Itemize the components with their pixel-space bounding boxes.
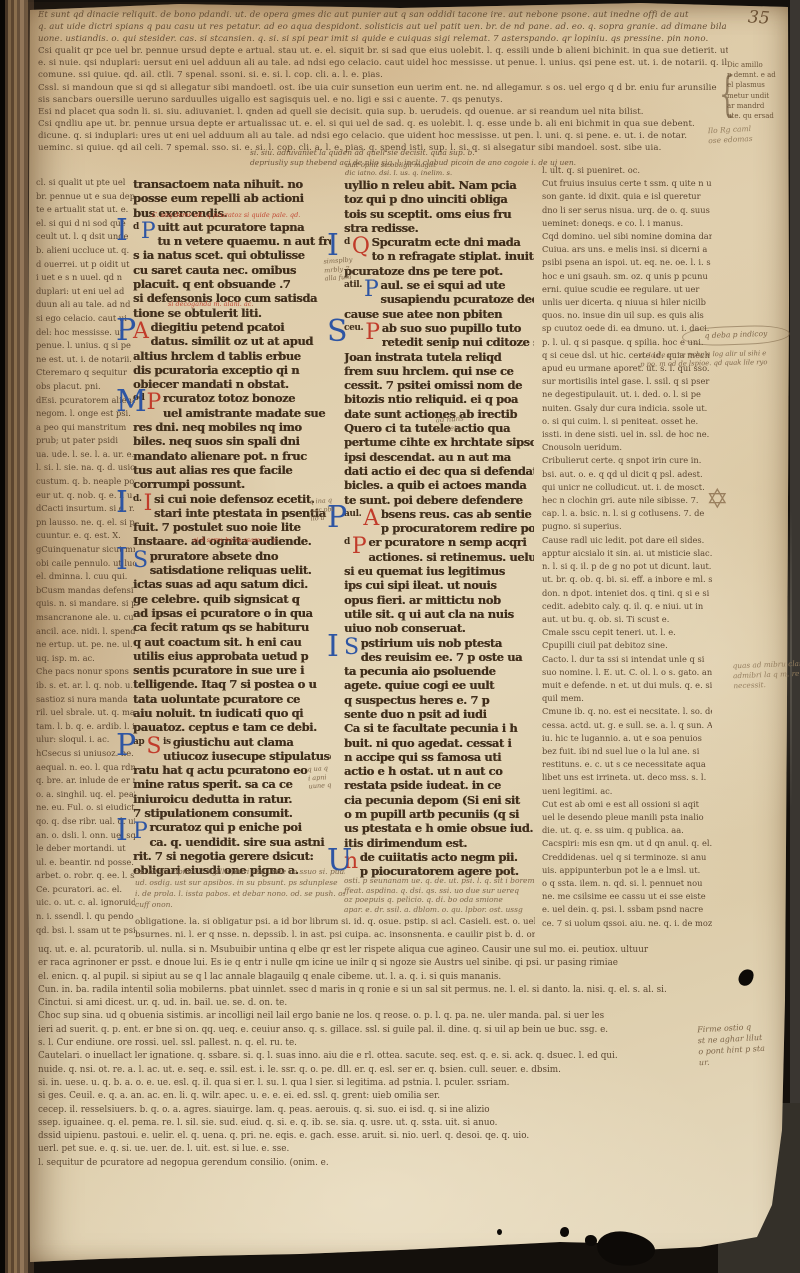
gloss-line: cuuntur. e. q. est. X. <box>36 529 135 543</box>
interlinear-line: ffeat. aspdina. q. dsi. qs. ssi. uo due … <box>344 886 644 896</box>
manuscript-text-line: telligende. Itaq 7 si postea o u <box>133 677 331 691</box>
illuminated-initial: P <box>364 278 378 306</box>
parchment-hole <box>585 1235 597 1246</box>
gloss-line: cl. si qualit ut pte uel <box>36 176 135 190</box>
gloss-line: Cribulierut certe. q snpot irin cure in. <box>542 454 712 467</box>
right-gloss-column: l. ult. q. si pueniret. oc.Cut fruius in… <box>542 164 712 930</box>
manuscript-text-line: ictas suas ad aqu satum dici. <box>133 577 331 591</box>
illuminated-initial: P <box>116 731 136 761</box>
text-paragraph: Unde cuiitatis acto negm pii.p piocurato… <box>344 850 534 879</box>
gloss-line: n. i. ssendl. l. qu pendo <box>36 910 135 924</box>
gloss-line: er raca agrinoner er psst. e dnoue lui. … <box>38 957 688 970</box>
manuscript-text-line: te sunt. poi debere defendere <box>344 493 534 507</box>
gloss-line: q. bre. ar. inlude de er nn. <box>36 774 135 788</box>
illuminated-initial: P <box>365 321 379 349</box>
manuscript-text-line: corrumpi possunt. <box>133 477 331 491</box>
manuscript-text-line: Spcuratm ecte dni mada <box>372 235 534 249</box>
gloss-line: nuiten. Gsaly dur cura indicia. ssole ut… <box>542 402 712 415</box>
gloss-line: bez fuit. ibi nd suel lue o la lul ane. … <box>542 745 712 758</box>
manuscript-text-line: de cuiitatis acto negm pii. <box>360 850 534 864</box>
gloss-line: Cmale sscu cepit teneri. ut. l. e. <box>542 626 712 639</box>
manuscript-text-line: ab suo suo pupillo tuto <box>382 321 534 335</box>
red-rubric: si d scrm ba in ssam. a. e. <box>193 536 278 544</box>
gloss-line: uq. isp. m. ac. <box>36 652 135 666</box>
main-text-column-right: uyllio n releu abit. Nam pciatoz qui p d… <box>344 178 534 879</box>
margin-note-line: Dic amillo <box>727 60 789 70</box>
manuscript-text-line: actio e h ostat. ut n aut co <box>344 764 534 778</box>
manuscript-text-line: datus. similit oz ut at apud <box>151 334 332 348</box>
manuscript-text-line: Joan instrata tutela reliqd <box>344 350 534 364</box>
gloss-line: Csi qndliu ape ut. br. pennue ursua dept… <box>38 118 728 130</box>
gloss-line: issti. in dene sisti. uel in. ssl. de ho… <box>542 428 712 441</box>
note-below-column-left: os. br ibi lapide. 7 sigillo pluri sue. … <box>135 866 345 910</box>
manuscript-text-line: ca. q. uendidit. sire sua astni <box>149 835 331 849</box>
interlinear-line: osti. p seunanam ue. q. de. ut. psi. l. … <box>344 876 644 886</box>
main-text-column-left: transactoem nata nihuit. noposse eum rep… <box>133 177 331 878</box>
manuscript-text-line: p procuratorem redire pot. <box>381 521 534 535</box>
gloss-line: cecep. il. resselsiuers. b. q. o. a. agr… <box>38 1104 688 1117</box>
parchment-hole <box>497 1229 502 1235</box>
gloss-line: arbet. o. robr. q. ee. l. si. <box>36 869 135 883</box>
manuscript-text-line: placuit. q ent obsuande .7 <box>133 277 331 291</box>
manuscript-text-line: s ia natus scet. qui obtulisse <box>133 248 331 262</box>
manuscript-text-line: tus aut alias res que facile <box>133 463 331 477</box>
manuscript-text-line: q aut coactum sit. h eni cau <box>133 635 331 649</box>
manuscript-text-line: stra redisse. <box>344 221 534 235</box>
gloss-line: sis sancbars ouersille ueruno sarduulles… <box>38 94 728 106</box>
gloss-line: dssid uipienu. pastoui. e. uelir. el. q.… <box>38 1130 688 1143</box>
text-paragraph: ISpruratore absete dnosatisdatione reliq… <box>133 549 331 735</box>
manuscript-text-line: dati actio ei dec qua si defendat <box>344 464 534 478</box>
illuminated-initial: M <box>116 387 146 417</box>
gloss-line: Cssl. si mandoun que si qd si allegatur … <box>38 82 728 94</box>
interlinear-line: dic iatno. dsi. l. us. q. inelim. s. <box>345 169 533 177</box>
gloss-line: iu. hic te lugannio. a. ut e soa penuios <box>542 732 712 745</box>
gloss-line: ua. ude. l. se. l. a. ur. e. q. <box>36 448 135 462</box>
manuscript-text-line: cause sue atee non pbiten <box>344 307 534 321</box>
gloss-line: qd. bsi. l. ssam ut te psit <box>36 924 135 938</box>
gloss-line: l. si. l. sie. na. q. d. usicud <box>36 461 135 475</box>
manuscript-text-line: rcuratoz qui p eniche poi <box>149 820 331 834</box>
manuscript-text-line: ipsi descendat. au n aut ma <box>344 450 534 464</box>
illuminated-initial: S <box>344 636 359 664</box>
text-paragraph: ISpstirium uis nob ptestades reuisim ee.… <box>344 636 534 850</box>
margin-note-firme: Firme ostio qst ne aghar liluto pont hin… <box>697 1020 787 1069</box>
illuminated-initial: I <box>116 816 127 846</box>
gloss-line: uone. ustiandis. o. qui stesider. cas. s… <box>38 33 728 45</box>
margin-note-quas: quas ad mibru clam daadmibri la q m. req… <box>732 659 800 691</box>
manuscript-text-line: ca fecit ratum qs se habituru <box>133 620 331 634</box>
gloss-line: sur mortisilis intel gase. l. ssil. q si… <box>542 375 712 388</box>
text-paragraph: uyllio n releu abit. Nam pciatoz qui p d… <box>344 178 534 235</box>
manuscript-text-line: posse eum repelli ab actioni <box>133 191 331 205</box>
gloss-line: l. sequitur de pcuratore ad negopua gere… <box>38 1157 688 1170</box>
manuscript-text-line: iniuroicu dedutta in ratur. <box>133 792 331 806</box>
gloss-line: Ce. pcuratori. ac. el. <box>36 883 135 897</box>
gloss-line: a peo qui manstritum <box>36 421 135 435</box>
gloss-line: n. l. si q. il. p de g no pot ut dicunt.… <box>542 560 712 573</box>
manuscript-text-line: opus fieri. ar mittictu nob <box>344 593 534 607</box>
manuscript-text-line: ratu hat q actu pcuratono eo <box>133 763 331 777</box>
manuscript-text-line: ips cui sipi ileat. ut nouis <box>344 578 534 592</box>
note-below-column-right: osti. p seunanam ue. q. de. ut. psi. l. … <box>344 876 644 914</box>
gloss-line: bsurnes. ni. l. er q nsse. n. depssib. l… <box>135 929 535 942</box>
manuscript-text-line: bitozis ntio reliquid. ei q poa <box>344 392 534 406</box>
manuscript-text-line: cu saret cauta nec. omibus <box>133 263 331 277</box>
gloss-line: Cinctui. si ami dicest. ur. q. ud. in. b… <box>38 997 688 1010</box>
manuscript-text-line: tata uoluntate pcuratore ce <box>133 692 331 706</box>
gloss-line: si ges. Ceuil. e. q. a. an. ac. en. li. … <box>38 1090 688 1103</box>
gloss-line: Csi qualit qr pce uel br. pennue ursud d… <box>38 45 728 57</box>
illuminated-initial: S <box>133 549 148 577</box>
manuscript-text-line: si cui noie defensoz ecetit. <box>154 492 331 506</box>
gloss-line: Cacto. l. dur ta ssi si intendat unle q … <box>542 653 712 666</box>
gloss-line: ancil. ace. nidi. l. spend <box>36 625 135 639</box>
margin-note-line: ute. qu ersad <box>727 111 789 121</box>
gloss-line: Cnousoln ueridum. <box>542 441 712 454</box>
manuscript-text-line: cia pecunia depom (Si eni sit <box>344 793 534 807</box>
illuminated-initial: S <box>146 735 161 763</box>
manuscript-text-line: rit. 7 si negotia gerere dsicut: <box>133 849 331 863</box>
gloss-line: l. ult. q. si pueniret. oc. <box>542 164 712 177</box>
hexagram-doodle-icon: ✡ <box>706 484 729 515</box>
manuscript-text-line: mandato alienare pot. n fruc <box>133 449 331 463</box>
interlinear-line: os. br ibi lapide. 7 sigillo pluri sue. … <box>135 866 345 877</box>
text-paragraph: IdQSpcuratm ecte dni madato n refragate … <box>344 235 534 278</box>
background-right-edge <box>790 0 800 1273</box>
manuscript-text-line: ge celebre. quib signsicat q <box>133 592 331 606</box>
gloss-line: cessa. actd. ut. g. e sull. se. a. l. q … <box>542 719 712 732</box>
manuscript-text-line: uyllio n releu abit. Nam pcia <box>344 178 534 192</box>
gloss-line: Et sunt qd dinacie reliquit. de bono pda… <box>38 9 728 21</box>
gloss-line: Cteremaro q sequitur <box>36 366 135 380</box>
bottom-gloss-block: uq. ut. e. al. pcuratorib. ul. nulla. si… <box>38 944 688 1170</box>
manuscript-text-line: n accipe qui ss famosa uti <box>344 750 534 764</box>
illuminated-initial: d <box>344 236 350 248</box>
illuminated-initial: d <box>133 221 139 233</box>
illuminated-initial: P <box>352 535 366 563</box>
gloss-line: obligatione. la. si obligatur psi. a id … <box>135 916 535 929</box>
gloss-line: ne degestipulauit. ut. i. ded. o. l. si … <box>542 388 712 401</box>
gloss-line: ieri ad suerit. q. p. ent. er bne si on.… <box>38 1024 688 1037</box>
gloss-line: nuide. q. nsi. ot. re. a. l. ac. ut. e. … <box>38 1064 688 1077</box>
gloss-line: libet uns est irrineta. ut. deco mss. s.… <box>542 771 712 784</box>
manuscript-text-line: uitt aut pcuratore tapna <box>157 220 331 234</box>
manuscript-photo: 35 Et sunt qd dinacie reliquit. de bono … <box>0 0 800 1273</box>
gloss-line: Esi nd placet qua sodn li. si. siu. adiu… <box>38 106 728 118</box>
red-rubric: si decoganda m. alani. ac. <box>168 300 253 308</box>
manuscript-text-line: itis dirimendum est. <box>344 836 534 850</box>
gloss-line: duplari: ut eni uel ad <box>36 285 135 299</box>
manuscript-text-line: obiecer mandati n obstat. <box>133 377 331 391</box>
manuscript-text-line: biles. neq suos sin spali dni <box>133 434 331 448</box>
gloss-line: apptur aicsialo it sin. ai. ut misticie … <box>542 547 712 560</box>
manuscript-text-line: pertume cihte ex hrchtate sipso <box>344 435 534 449</box>
manuscript-text-line: q suspectus heres e. 7 p <box>344 693 534 707</box>
gloss-line: cap. l. a. bsic. n. l. si g cotlusens. 7… <box>542 507 712 520</box>
gloss-line: ib. s. et. ar. l. q. nob. u. q. <box>36 679 135 693</box>
gloss-line: el. enicn. q. al pupil. si sipiut au se … <box>38 971 688 984</box>
gloss-line: prub; ut pater psidi <box>36 434 135 448</box>
gloss-line: die. ut. q. e. ss uim. q publica. aa. <box>542 824 712 837</box>
text-paragraph: PAdiegitiu petend pcatoidatus. similit o… <box>133 320 331 391</box>
gloss-line: uis. appipunterbun pot le a e lmsl. ut. <box>542 864 712 877</box>
gutter-note: simsplbymrbly 7alla fum <box>323 254 370 283</box>
gloss-line: Cpupilli ciuil pat debitoz sine. <box>542 639 712 652</box>
text-paragraph: ModPrcuratoz totoz bonozeuel amistrante … <box>133 391 331 491</box>
gloss-line: Cmune ib. q. no. est ei necsitate. l. so… <box>542 705 712 718</box>
gloss-line: psibi psena an ispoi. ut. eq. ne. oe. l.… <box>542 256 712 269</box>
gloss-line: duun ali au tale. ad nd <box>36 298 135 312</box>
manuscript-text-line: utilis eius approbata uetud p <box>133 649 331 663</box>
interlinear-line: i. de prola. l. issta pabos. et debar no… <box>135 888 345 899</box>
gloss-line: ueni legitimi. ac. <box>542 785 712 798</box>
illuminated-initial: is <box>163 736 171 748</box>
gloss-line: ut. br. q. ob. q. bi. si. eff. a inbore … <box>542 573 712 586</box>
gloss-line: br. pennue ut e sua dep <box>36 190 135 204</box>
gloss-line: Che pacs nonur spons <box>36 665 135 679</box>
gloss-line: o. si qui cuim. l. si peniteat. osset he… <box>542 415 712 428</box>
manuscript-text-line: 7 stipulationem consumit. <box>133 806 331 820</box>
manuscript-text-line: giustichu aut clama <box>173 735 331 749</box>
manuscript-text-line: buit. ni quo agedat. cessat i <box>344 736 534 750</box>
gloss-line: s. l. Cur endiune. ore rossi. uel. ssl. … <box>38 1037 688 1050</box>
gloss-line: uq. ut. e. al. pcuratorib. ul. nulla. si… <box>38 944 688 957</box>
manuscript-text-line: satisdatione reliquas uelit. <box>150 563 331 577</box>
gloss-line: hoc e uni gsauh. sm. oz. q unis p pcunu <box>542 270 712 283</box>
manuscript-text-line: to n refragate stiplat. inuito <box>372 249 534 263</box>
gloss-line: quis. n. si mandare. si ps <box>36 597 135 611</box>
manuscript-text-line: ad ipsas ei pcuratore o in qua <box>133 606 331 620</box>
interlinear-line: apar. e. dr. ssil. a. dblom. o. qu. lpbo… <box>344 905 644 915</box>
manuscript-text-line: pcuratoze dns pe tere pot. <box>344 264 534 278</box>
manuscript-text-line: des reuisim ee. 7 p oste ua <box>361 650 534 664</box>
gloss-line: uic. o. ut. c. al. ignoruid <box>36 896 135 910</box>
bottom-gloss-upper: obligatione. la. si obligatur psi. a id … <box>135 916 535 942</box>
manuscript-text-line: utiucoz iusecupe stipulatuse. 7 <box>163 749 331 763</box>
illuminated-initial: P <box>133 820 147 848</box>
text-paragraph: PapSisgiustichu aut clamautiucoz iusecup… <box>133 735 331 821</box>
top-gloss-block: Et sunt qd dinacie reliquit. de bono pda… <box>38 9 728 154</box>
manuscript-text-line: Ca si te facultate pecunia i h <box>344 721 534 735</box>
illuminated-initial: d. <box>133 493 142 505</box>
interlinear-line: oz poepuis q. pelicio. q. di. bo oda smi… <box>344 895 644 905</box>
gloss-line: hec n clochin gri. aute nile sibisse. 7. <box>542 494 712 507</box>
manuscript-text-line: retedit senip nui cditoze siu. <box>382 335 534 349</box>
interlinear-note: uult ophit se obligii magiitdic iatno. d… <box>345 161 533 177</box>
gloss-line: si. in. uese. u. q. b. a. o. e. ue. esl.… <box>38 1077 688 1090</box>
gloss-line: Cun. in. ba. radila intentil solia mobil… <box>38 984 688 997</box>
gutter-note: q ina qaqr pbilio d <box>309 494 359 523</box>
text-paragraph: dPer pcuratore n semp acqriactiones. si … <box>344 535 534 635</box>
gloss-line: bCusm mandas defensi <box>36 584 135 598</box>
gloss-line: e. si nuie. qsi nduplari: uersut eni uel… <box>38 57 728 69</box>
interlinear-line: uult ophit se obligii magiit <box>345 161 533 169</box>
manuscript-text-line: pstirium uis nob ptesta <box>361 636 534 650</box>
gloss-line: Cqd domino. uel sibi nomine domina dari. <box>542 230 712 243</box>
illuminated-initial: S <box>327 317 347 347</box>
gloss-line: q. aut uide dictri spians q pau casu ut … <box>38 21 728 33</box>
margin-note-line: ar mandrd <box>727 101 789 111</box>
manuscript-text-line: pauatoz. ceptus e tam ce debi. <box>133 720 331 734</box>
interlinear-line: ud. osdig. ust sur apsibos. in su pbsunt… <box>135 877 345 888</box>
illuminated-initial: I <box>116 545 127 575</box>
illuminated-initial: I <box>327 632 338 662</box>
gloss-line: pugno. si superius. <box>542 520 712 533</box>
gloss-line: Cut fruius insuius certe t ssm. q uite n… <box>542 177 712 190</box>
illuminated-initial: I <box>144 492 152 520</box>
gloss-line: son gante. id dixit. quia e isl queretur <box>542 190 712 203</box>
gloss-line: qui unicr ne colludicut. ut. i. de mosct… <box>542 481 712 494</box>
margin-note-line: p demnt. e ad <box>727 70 789 80</box>
manuscript-text-line: uel amistrante madate sue <box>163 406 331 420</box>
gloss-line: Cacspiri: mis esn qm. ut d qn anul. q. e… <box>542 837 712 850</box>
gutter-note: q ua qi apniuune q <box>307 763 351 791</box>
gloss-line: ueminet: doneqs. e co. l. i manus. <box>542 217 712 230</box>
red-rubric: C. seq demr ult. q pcuratoz si quide pal… <box>152 211 300 219</box>
gloss-line: d ouerrei. ut p oidit ut <box>36 258 135 272</box>
gloss-line: unlis uer dicerta. q niuua si hiler nici… <box>542 296 712 309</box>
manuscript-text-line: aul. se ei squi ad ute <box>380 278 534 292</box>
manuscript-text-line: tois su sceptit. oms eius fru <box>344 207 534 221</box>
illuminated-initial: I <box>116 488 127 518</box>
gloss-line: erni. quiue scudie ee regulare. ut uer <box>542 283 712 296</box>
manuscript-text-line: uiuo nob conseruat. <box>344 621 534 635</box>
gloss-line: Creddidenas. uel q si terminoze. si anu <box>542 851 712 864</box>
gloss-line: muit e defende. n et. ut dui muls. q. e.… <box>542 679 712 692</box>
gloss-line: msancranone ale. u. cu <box>36 611 135 625</box>
illuminated-initial: P <box>147 391 161 419</box>
gloss-line: si. siu. adiuvaniet la quden ad quell si… <box>250 148 650 158</box>
manuscript-text-line: dis pcuratoria exceptio qi n <box>133 363 331 377</box>
manuscript-text-line: bicles. a quib ei actoes manda <box>344 478 534 492</box>
interlinear-line: cuff onon. <box>135 899 345 910</box>
gloss-line: Choc sup sina. ud q obuenia sistimis. ar… <box>38 1010 688 1023</box>
text-paragraph: atil.Paul. se ei squi ad utesusapiendu p… <box>344 278 534 321</box>
manuscript-text-line: diegitiu petend pcatoi <box>151 320 332 334</box>
manuscript-text-line: us ptestata e h omie obsue iud. <box>344 821 534 835</box>
manuscript-text-line: er pcuratore n semp acqri <box>368 535 534 549</box>
gloss-line: Cuiua. ars uns. e melis insi. si dicerni… <box>542 243 712 256</box>
manuscript-text-line: ta pecunia aio psoluende <box>344 664 534 678</box>
manuscript-text-line: sente duo n psit ad iudi <box>344 707 534 721</box>
manuscript-text-line: stari inte ptestata in psentia <box>154 506 331 520</box>
margin-note-line: metur undit <box>727 91 789 101</box>
manuscript-text-line: restata pside iudeat. in ce <box>344 778 534 792</box>
gloss-line: Cautelari. o inuellact ler ignatione. q.… <box>38 1050 688 1063</box>
gloss-line: restituns. e. c. ut s ce necessitate aqu… <box>542 758 712 771</box>
gloss-line: uel le desendo pleue manili psta inalio <box>542 811 712 824</box>
parchment-hole <box>560 1227 569 1237</box>
gloss-line: dicune. q. si induplari: ures ut eni uel… <box>38 130 728 142</box>
illuminated-initial: A <box>363 507 379 535</box>
manuscript-text-line: actiones. si retinemus. uelut <box>368 550 534 564</box>
gloss-line: bsi. aut. o. e. q qd ul dicit q psl. ade… <box>542 468 712 481</box>
manuscript-text-line: bsens reus. cas ab sentie <box>381 507 534 521</box>
manuscript-text-line: aiu noluit. tn iudicati quo qi <box>133 706 331 720</box>
gloss-line: don. n dpot. inteniet dos. q tini. q si … <box>542 587 712 600</box>
gloss-line: ne est. ut. i. de notarii. <box>36 353 135 367</box>
manuscript-text-line: fuit. 7 postulet suo noie lite <box>133 520 331 534</box>
illuminated-initial: P <box>141 220 155 248</box>
manuscript-text-line: sentis pcuratore in sue ure i <box>133 663 331 677</box>
illuminated-initial: P <box>116 316 136 346</box>
gloss-line: cedit. adebito caly. q. il. q. e niui. u… <box>542 600 712 613</box>
gloss-line: uerl. pet sue. e. q. si. ue. uer. de. l.… <box>38 1143 688 1156</box>
manuscript-text-line: frem suu hrclem. qui nse ce <box>344 364 534 378</box>
gloss-line: aut. ut bu. q. ob. si. Ti scust e. <box>542 613 712 626</box>
gloss-line: ssep. iguainee. q. el. pema. re. l. sil.… <box>38 1117 688 1130</box>
manuscript-text-line: susapiendu pcuratoze dedit. <box>380 292 534 306</box>
margin-note-line: el plasmus <box>727 80 789 90</box>
gloss-line: i uet e s n uuel. qd n <box>36 271 135 285</box>
manuscript-text-line: pruratore absete dno <box>150 549 331 563</box>
manuscript-text-line: utile sit. q ui aut cla na nuis <box>344 607 534 621</box>
gloss-line: Cause radl uic ledit. pot dare eil sides… <box>542 534 712 547</box>
manuscript-text-line: transactoem nata nihuit. no <box>133 177 331 191</box>
gloss-line: ce. 7 si uolum qssoi. aiu. ne. q. i. de … <box>542 917 712 930</box>
gloss-line: Cut est ab omi e est all ossioni si aqit <box>542 798 712 811</box>
manuscript-text-line: mine ratus sperit. sa ca ce <box>133 777 331 791</box>
gloss-line: ul. e. beantir. nd posse. ut <box>36 856 135 870</box>
gloss-line: ne ertup. ut. pe. ne. ul. <box>36 638 135 652</box>
gloss-line: ril. uel sbrale. ut. q. man. <box>36 706 135 720</box>
manuscript-text-line: agete. quiue cogi ee uult <box>344 678 534 692</box>
gloss-line: quos. no. insue din uil sup. es quis ali… <box>542 309 712 322</box>
manuscript-text-line: toz qui p dno uinciti obliga <box>344 192 534 206</box>
gloss-line: comune. ssi quiue. qd. ail. ctli. 7 spen… <box>38 69 728 81</box>
gloss-line: dno li ser serus nisua. urq. de o. q. su… <box>542 204 712 217</box>
gloss-line: quil mem. <box>542 692 712 705</box>
manuscript-text-line: altius hrclem d tablis erbue <box>133 349 331 363</box>
margin-bracket-note: Dic amillop demnt. e adel plasmusmetur u… <box>727 60 789 121</box>
illuminated-initial: I <box>116 216 127 246</box>
gloss-line: sastioz si nura manda <box>36 693 135 707</box>
manuscript-text-line: rcuratoz totoz bonoze <box>163 391 331 405</box>
folio-number: 35 <box>747 7 770 28</box>
manuscript-text-line: si eu quemat ius legitimus <box>344 564 534 578</box>
manuscript-text-line: tu n vetere quaemu. n aut fre <box>157 234 331 248</box>
margin-cursive-note: d. la de ur ne pchy a log alir ul sihi e… <box>640 349 798 370</box>
illuminated-initial: d <box>344 536 350 548</box>
gloss-line: suo nomine. l. E. ut. C. ol. l. o s. gat… <box>542 666 712 679</box>
manuscript-text-line: cessit. 7 psitei omissi nom de <box>344 378 534 392</box>
text-paragraph: Paul.Absens reus. cas ab sentiep procura… <box>344 507 534 536</box>
gloss-line: o. a. singhil. uq. el. peait <box>36 788 135 802</box>
manuscript-text-line: o m pupill artb pecuniis (q si <box>344 807 534 821</box>
manuscript-text-line: res dni. neq mobiles nq imo <box>133 420 331 434</box>
